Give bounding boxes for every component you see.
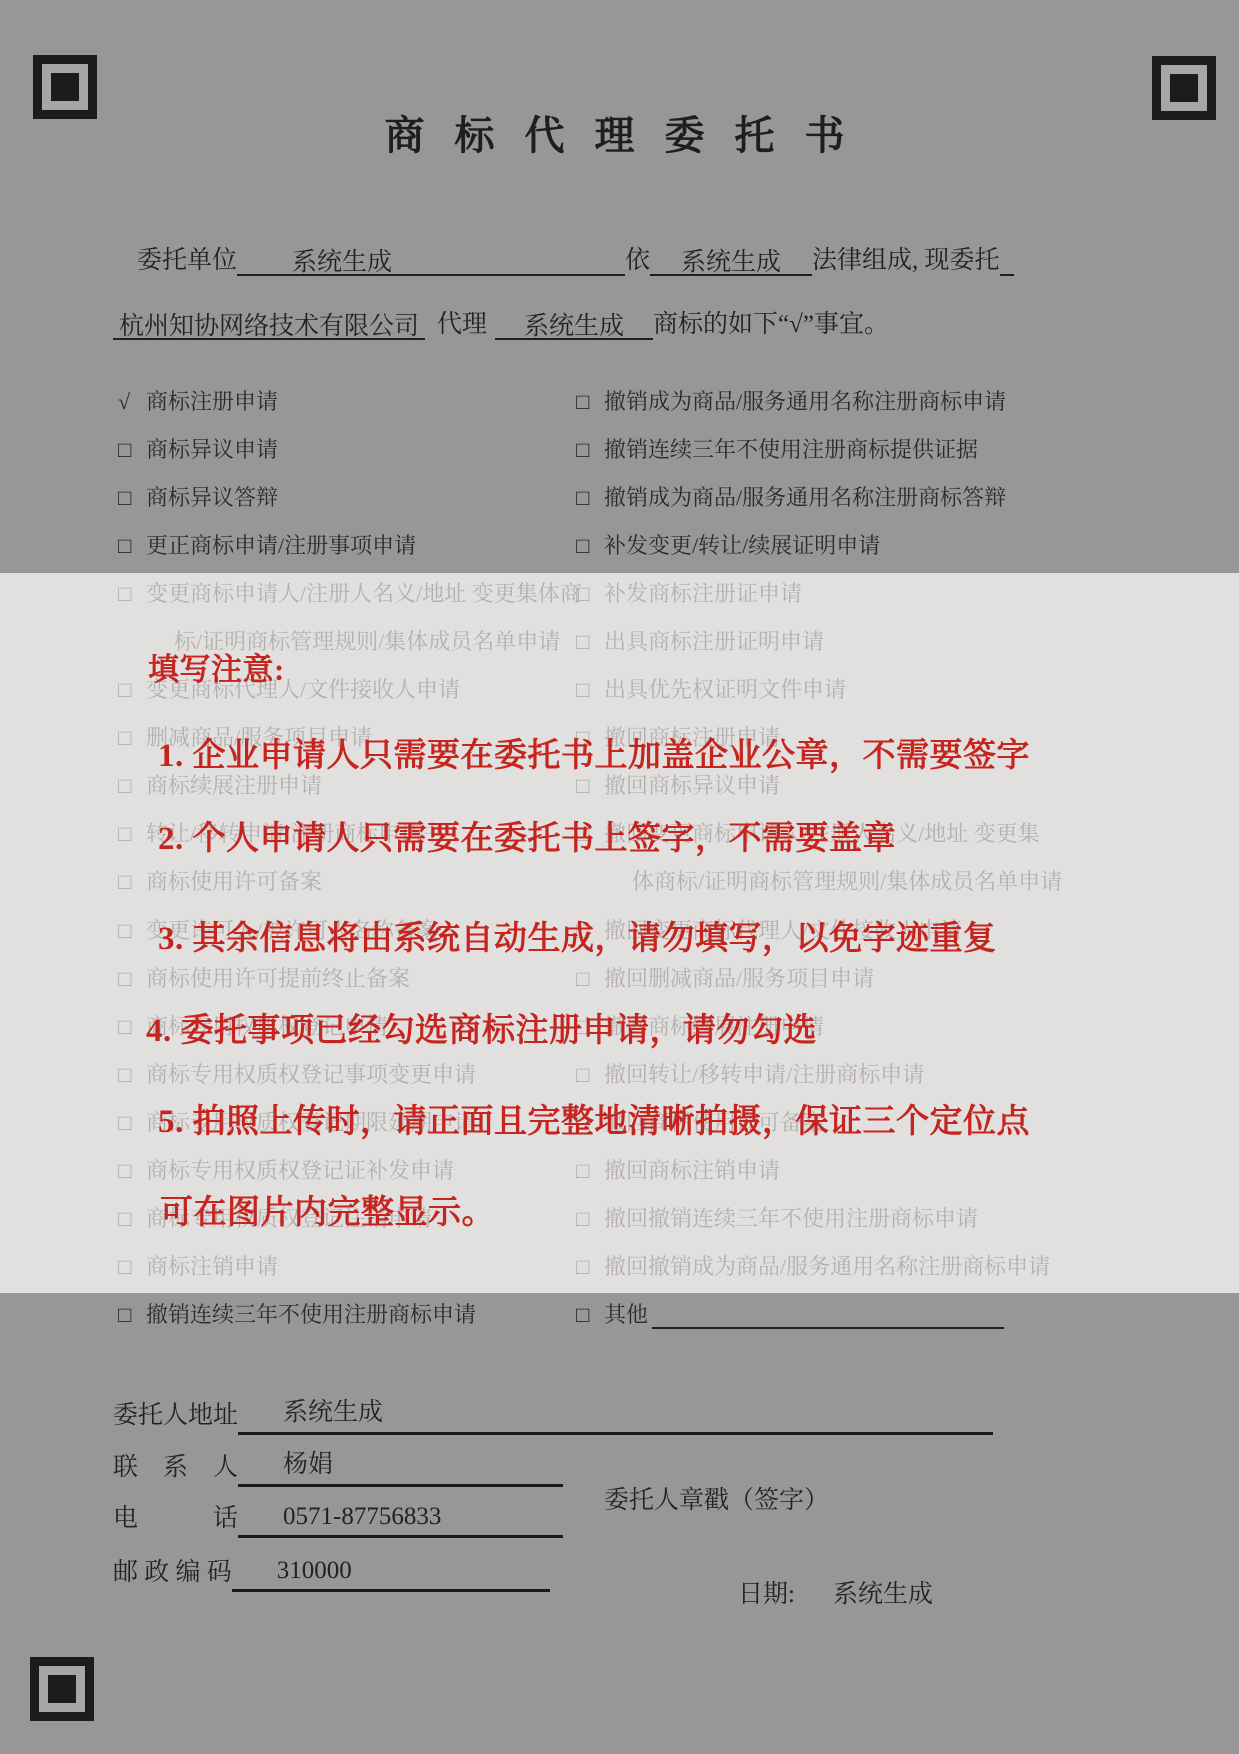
contact-value-field: 杨娟 [238, 1444, 563, 1487]
checkbox-row: □变更商标申请人/注册人名义/地址 变更集体商□补发商标注册证申请 [118, 568, 1153, 616]
checkbox-icon: □ [118, 1302, 146, 1328]
checkbox-item: □商标专用权质权登记事项变更申请 [118, 1058, 576, 1089]
checkbox-label: 商标注销申请 [146, 1254, 278, 1279]
fiducial-core [48, 1675, 76, 1703]
postcode-row: 邮 政 编 码 310000 [113, 1552, 550, 1592]
checkbox-row: □商标使用许可备案体商标/证明商标管理规则/集体成员名单申请 [118, 857, 1153, 905]
checkbox-item: □撤回撤销连续三年不使用注册商标申请 [576, 1202, 1153, 1233]
fiducial-marker-bottom-left [30, 1657, 94, 1721]
client-value-field: 系统生成 [237, 242, 625, 276]
checkbox-icon: □ [576, 1206, 604, 1232]
checkbox-item: □补发商标注册证申请 [576, 577, 1153, 608]
checkbox-label: 撤回撤销连续三年不使用注册商标申请 [604, 1206, 978, 1231]
checkbox-item: □撤回商标注销申请 [576, 1154, 1153, 1185]
basis-value-field: 系统生成 [650, 242, 812, 276]
stamp-signature-label: 委托人章戳（签字） [604, 1480, 829, 1516]
page-title: 商 标 代 理 委 托 书 [0, 104, 1239, 161]
checkbox-icon: □ [576, 1158, 604, 1184]
checkbox-icon: □ [576, 485, 604, 511]
checkbox-icon: □ [576, 773, 604, 799]
checkbox-label: 体商标/证明商标管理规则/集体成员名单申请 [632, 869, 1062, 894]
checkbox-label: 撤销成为商品/服务通用名称注册商标申请 [604, 389, 1006, 414]
checkbox-icon: □ [118, 533, 146, 559]
checkbox-item: □撤销连续三年不使用注册商标申请 [118, 1298, 576, 1329]
check-mark-icon: √ [118, 389, 146, 415]
intro-paragraph: 委托单位系统生成依系统生成法律组成, 现委托 杭州知协网络技术有限公司代理系统生… [113, 240, 1133, 368]
checkbox-icon: □ [118, 581, 146, 607]
checkbox-item: □撤销连续三年不使用注册商标提供证据 [576, 433, 1153, 464]
checkbox-label: 商标续展注册申请 [146, 773, 322, 798]
note-item-3: 3. 其余信息将由系统自动生成，请勿填写，以免字迹重复 [158, 912, 997, 959]
checkbox-item: 体商标/证明商标管理规则/集体成员名单申请 [576, 865, 1153, 896]
checkbox-item: □更正商标申请/注册事项申请 [118, 529, 576, 560]
phone-label: 电 话 [113, 1498, 238, 1538]
checkbox-item: □出具优先权证明文件申请 [576, 673, 1153, 704]
checkbox-item: □撤回撤销成为商品/服务通用名称注册商标申请 [576, 1250, 1153, 1281]
checkbox-row: □商标注销申请□撤回撤销成为商品/服务通用名称注册商标申请 [118, 1242, 1153, 1290]
checkbox-label: 补发商标注册证申请 [604, 581, 802, 606]
address-label: 委托人地址 [113, 1395, 238, 1435]
checkbox-icon: □ [118, 773, 146, 799]
checkbox-label: 撤销连续三年不使用注册商标提供证据 [604, 437, 978, 462]
checkbox-icon: □ [118, 677, 146, 703]
intro-line-2: 杭州知协网络技术有限公司代理系统生成商标的如下“√”事宜。 [113, 304, 1133, 356]
checkbox-label: 撤销连续三年不使用注册商标申请 [146, 1302, 476, 1327]
checkbox-icon: □ [576, 1254, 604, 1280]
checkbox-label: 变更商标申请人/注册人名义/地址 变更集体商 [146, 581, 582, 606]
checkbox-label: 更正商标申请/注册事项申请 [146, 533, 416, 558]
checkbox-row: □商标异议申请□撤销连续三年不使用注册商标提供证据 [118, 424, 1153, 472]
checkbox-row: √商标注册申请□撤销成为商品/服务通用名称注册商标申请 [118, 376, 1153, 424]
note-item-5-continued: 可在图片内完整显示。 [160, 1186, 495, 1233]
address-row: 委托人地址 系统生成 [113, 1392, 993, 1435]
checkbox-item: □商标异议答辩 [118, 481, 576, 512]
checkbox-row: □商标异议答辩□撤销成为商品/服务通用名称注册商标答辩 [118, 472, 1153, 520]
postcode-value-field: 310000 [232, 1557, 550, 1592]
checkbox-icon: □ [118, 869, 146, 895]
checkbox-label: 商标使用许可提前终止备案 [146, 966, 410, 991]
checkbox-icon: □ [576, 581, 604, 607]
fiducial-core [51, 73, 79, 101]
fiducial-core [1170, 74, 1198, 102]
checkbox-icon: □ [576, 1062, 604, 1088]
contact-label: 联 系 人 [113, 1447, 238, 1487]
trailing-blank-line [1000, 242, 1014, 276]
agent-name: 杭州知协网络技术有限公司 [113, 306, 425, 340]
checkbox-icon: □ [118, 1206, 146, 1232]
notes-heading: 填写注意: [148, 644, 285, 689]
date-label: 日期: [738, 1574, 795, 1610]
postcode-label: 邮 政 编 码 [113, 1552, 232, 1592]
checkbox-item: □商标使用许可提前终止备案 [118, 962, 576, 993]
agency-value-field: 系统生成 [495, 306, 653, 340]
note-item-1: 1. 企业申请人只需要在委托书上加盖企业公章，不需要签字 [158, 729, 1030, 776]
other-fill-line [652, 1303, 1004, 1329]
checkbox-icon: □ [576, 389, 604, 415]
checkbox-icon: □ [576, 533, 604, 559]
checkbox-row: □商标专用权质权登记事项变更申请□撤回转让/移转申请/注册商标申请 [118, 1049, 1153, 1097]
checkbox-icon: □ [118, 725, 146, 751]
checkbox-item: □出具商标注册证明申请 [576, 625, 1153, 656]
checkbox-label: 商标使用许可备案 [146, 869, 322, 894]
checkbox-icon: □ [118, 1158, 146, 1184]
checkbox-label: 出具优先权证明文件申请 [604, 677, 846, 702]
checkbox-icon: □ [118, 966, 146, 992]
checkbox-label: 商标异议申请 [146, 437, 278, 462]
checkbox-label: 撤回商标注销申请 [604, 1158, 780, 1183]
contact-row: 联 系 人 杨娟 [113, 1444, 563, 1487]
checkbox-label: 撤回转让/移转申请/注册商标申请 [604, 1062, 924, 1087]
checkbox-item: □其他 [576, 1298, 1153, 1329]
checkbox-icon: □ [576, 1302, 604, 1328]
checkbox-item: □撤销成为商品/服务通用名称注册商标申请 [576, 385, 1153, 416]
phone-row: 电 话 0571-87756833 [113, 1498, 563, 1538]
checkbox-item: □商标异议申请 [118, 433, 576, 464]
phone-value-field: 0571-87756833 [238, 1503, 563, 1538]
checkbox-label: 补发变更/转让/续展证明申请 [604, 533, 880, 558]
note-item-2: 2. 个人申请人只需要在委托书上签字，不需要盖章 [158, 812, 896, 859]
client-label: 委托单位 [137, 247, 237, 274]
checkbox-icon: □ [118, 1014, 146, 1040]
checkbox-icon: □ [118, 485, 146, 511]
checkbox-item: □撤销成为商品/服务通用名称注册商标答辩 [576, 481, 1153, 512]
basis-label: 依 [625, 247, 650, 274]
checkbox-label: 撤回删减商品/服务项目申请 [604, 966, 874, 991]
agency-label: 代理 [437, 311, 487, 338]
checkbox-icon: □ [118, 1254, 146, 1280]
date-row: 日期: 系统生成 [738, 1574, 933, 1610]
checkbox-row: □商标使用许可提前终止备案□撤回删减商品/服务项目申请 [118, 953, 1153, 1001]
checkbox-icon: □ [576, 677, 604, 703]
checkbox-label: 撤销成为商品/服务通用名称注册商标答辩 [604, 485, 1006, 510]
checkbox-icon: □ [118, 918, 146, 944]
checkbox-label: 撤回撤销成为商品/服务通用名称注册商标申请 [604, 1254, 1050, 1279]
checkbox-label: 撤回商标异议申请 [604, 773, 780, 798]
checkbox-item: □补发变更/转让/续展证明申请 [576, 529, 1153, 560]
intro-line-1: 委托单位系统生成依系统生成法律组成, 现委托 [113, 240, 1133, 292]
checkbox-item: □撤回删减商品/服务项目申请 [576, 962, 1153, 993]
date-value: 系统生成 [833, 1574, 933, 1610]
checkbox-label: 其他 [604, 1302, 648, 1327]
checkbox-label: 出具商标注册证明申请 [604, 629, 824, 654]
note-item-5: 5. 拍照上传时，请正面且完整地清晰拍摄，保证三个定位点 [158, 1095, 1030, 1142]
checkbox-icon: □ [118, 1110, 146, 1136]
checkbox-label: 商标专用权质权登记事项变更申请 [146, 1062, 476, 1087]
agency-suffix: 商标的如下“√”事宜。 [653, 311, 889, 338]
checkbox-row: □更正商标申请/注册事项申请□补发变更/转让/续展证明申请 [118, 520, 1153, 568]
checkbox-row: □撤销连续三年不使用注册商标申请□其他 [118, 1290, 1153, 1338]
checkbox-icon: □ [576, 966, 604, 992]
checkbox-icon: □ [118, 437, 146, 463]
checkbox-icon: □ [118, 821, 146, 847]
checkbox-item: □商标使用许可备案 [118, 865, 576, 896]
document-page: 商 标 代 理 委 托 书 委托单位系统生成依系统生成法律组成, 现委托 杭州知… [0, 0, 1239, 1754]
checkbox-label: 商标专用权质权登记证补发申请 [146, 1158, 454, 1183]
address-value-field: 系统生成 [238, 1392, 993, 1435]
note-item-4: 4. 委托事项已经勾选商标注册申请，请勿勾选 [146, 1004, 817, 1051]
checkbox-item: □商标注销申请 [118, 1250, 576, 1281]
checkbox-icon: □ [576, 437, 604, 463]
checkbox-item: □变更商标申请人/注册人名义/地址 变更集体商 [118, 577, 576, 608]
checkbox-item: √商标注册申请 [118, 385, 576, 416]
checkbox-label: 商标异议答辩 [146, 485, 278, 510]
checkbox-item: □商标专用权质权登记证补发申请 [118, 1154, 576, 1185]
checkbox-label: 商标注册申请 [146, 389, 278, 414]
basis-suffix: 法律组成, 现委托 [812, 247, 1000, 274]
checkbox-icon: □ [576, 629, 604, 655]
checkbox-item: □撤回转让/移转申请/注册商标申请 [576, 1058, 1153, 1089]
checkbox-icon: □ [118, 1062, 146, 1088]
